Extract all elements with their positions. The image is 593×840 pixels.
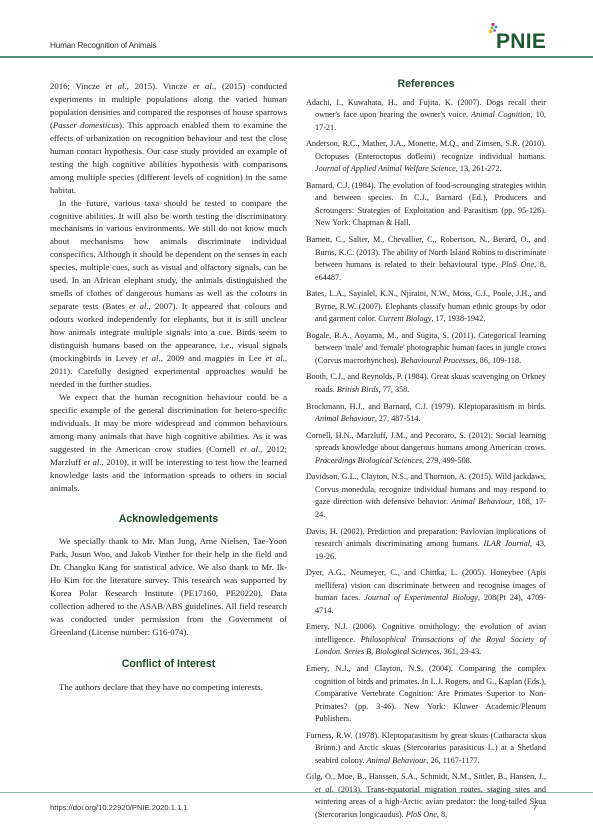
logo-text: PNIE xyxy=(496,30,546,54)
reference-item: Furness, R.W. (1978). Kleptoparasitism b… xyxy=(306,730,546,768)
references-column: References Adachi, I., Kuwahata, H., and… xyxy=(306,78,546,826)
reference-item: Barnard, C.J. (1984). The evolution of f… xyxy=(306,180,546,230)
reference-item: Cornell, H.N., Marzluff, J.M., and Pecor… xyxy=(306,430,546,468)
reference-item: Davis, H. (2002). Prediction and prepara… xyxy=(306,526,546,564)
body-paragraph: We expect that the human recognition beh… xyxy=(50,391,287,495)
references-heading: References xyxy=(306,78,546,91)
reference-item: Emery, N.J. (2006). Cognitive ornitholog… xyxy=(306,621,546,659)
reference-item: Bates, L.A., Sayialel, K.N., Njiraini, N… xyxy=(306,288,546,326)
reference-list: Adachi, I., Kuwahata, H., and Fujita, K.… xyxy=(306,97,546,822)
reference-item: Anderson, R.C., Mather, J.A., Monette, M… xyxy=(306,138,546,176)
acknowledgements-text: We specially thank to Mr. Man Jung, Arne… xyxy=(50,535,287,639)
header-rule xyxy=(0,56,593,58)
conflict-of-interest-text: The authors declare that they have no co… xyxy=(50,681,287,694)
running-head: Human Recognition of Animals xyxy=(50,41,156,50)
reference-item: Emery, N.J., and Clayton, N.S. (2004). C… xyxy=(306,663,546,726)
reference-item: Booth, C.J., and Reynolds, P. (1984). Gr… xyxy=(306,371,546,396)
doi-link[interactable]: https://doi.org/10.22920/PNIE.2020.1.1.1 xyxy=(50,803,188,812)
acknowledgements-heading: Acknowledgements xyxy=(50,513,287,526)
reference-item: Brockmann, H.J., and Barnard, C.J. (1979… xyxy=(306,401,546,426)
left-column: 2016; Vincze et al., 2015). Vincze et al… xyxy=(50,80,287,694)
reference-item: Gilg, O., Moe, B., Hanssen, S.A., Schmid… xyxy=(306,771,546,821)
reference-item: Dyer, A.G., Neumeyer, C., and Chittka, L… xyxy=(306,567,546,617)
reference-item: Barnett, C., Salter, M., Chevallier, C.,… xyxy=(306,234,546,284)
body-paragraph: 2016; Vincze et al., 2015). Vincze et al… xyxy=(50,80,287,197)
conflict-of-interest-heading: Conflict of Interest xyxy=(50,658,287,671)
body-paragraph: In the future, various taxa should be te… xyxy=(50,197,287,391)
footer-rule xyxy=(0,792,593,793)
journal-logo: PNIE xyxy=(484,22,554,54)
reference-item: Adachi, I., Kuwahata, H., and Fujita, K.… xyxy=(306,97,546,135)
reference-item: Davidson, G.L., Clayton, N.S., and Thorn… xyxy=(306,471,546,521)
reference-item: Bogale, B.A., Aoyama, M., and Sugita, S.… xyxy=(306,330,546,368)
page-number: 7 xyxy=(533,803,537,812)
body-paragraphs: 2016; Vincze et al., 2015). Vincze et al… xyxy=(50,80,287,495)
